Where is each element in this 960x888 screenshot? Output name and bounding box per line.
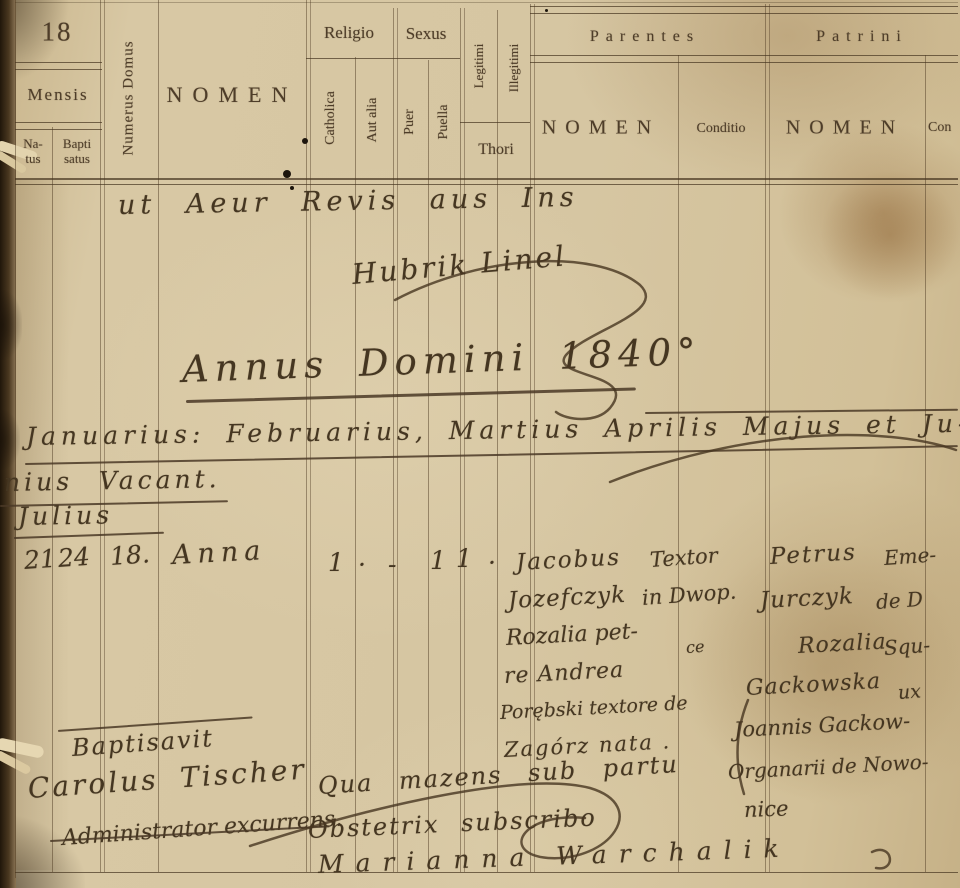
grid-vline [52,127,53,872]
column-header-legitimi: Legitimi [471,44,487,89]
entry-natus: 21 [23,544,57,575]
entry-parentes-nomen-line: Porębski textore de [499,692,688,724]
entry-parentes-nomen-line: Rozalia pet- [505,619,638,651]
grid-hline [530,6,958,7]
entry-parentes-nomen-line: Jozefczyk [507,582,626,614]
grid-hline [460,122,530,123]
entry-patrini-nomen-line: Petrus [769,539,857,570]
entry-numerus-domus: 18. [109,539,151,571]
column-header-puer: Puer [402,109,418,135]
entry-parentes-conditio-line: in Dwop. [641,579,737,610]
grid-hline [530,55,958,56]
ink-spot [302,138,308,144]
column-header-parentes-nomen: NOMEN [542,117,660,140]
column-header-numerus-domus: Numerus Domus [121,40,138,155]
grid-vline [428,60,429,872]
page-number: 18 [42,17,73,48]
entry-parentes-conditio-line: ce [685,637,705,657]
entry-nomen: Anna [171,535,267,571]
grid-hline [15,69,102,70]
entry-patrini-nomen-line: Jurczyk [759,583,854,614]
hw-baptisavit-line: Baptisavit [71,724,215,762]
column-header-patrini-nomen: NOMEN [786,117,904,140]
entry-mark-puer: - [388,550,396,579]
column-header-baptisatus: Bapti satus [63,137,91,167]
column-header-parentes: Parentes [590,28,700,46]
hw-underline [186,387,636,403]
grid-hline [530,13,958,14]
entry-patrini-conditio-line: de D [875,587,924,614]
column-header-patrini: Patrini [816,28,908,46]
hw-obstetrix-line: Obstetrix subscribo [307,803,597,844]
column-header-sexus: Sexus [406,24,447,44]
grid-hline [306,58,460,59]
baptismal-register-page: 18 Mensis Na- tus Bapti satus Numerus Do… [0,0,960,888]
entry-mark-legitimi: 1 [456,544,472,573]
entry-parentes-nomen-line: Jacobus [515,545,621,576]
column-header-aut-alia: Aut alia [365,98,381,143]
entry-patrini-nomen-line: Organarii de Nowo- [727,750,929,784]
entry-mark-aut-alia: · [358,550,366,579]
entry-patrini-conditio-line: Eme- [883,542,937,570]
grid-hline [530,62,958,63]
entry-mark-catholica: 1 [328,548,344,577]
hw-obstetrix-line: Qua mazens sub partu [317,750,679,800]
hw-top-note: ut Aeur Revis aus Ins [118,182,579,221]
entry-patrini-nomen-line: Joannis Gackow- [733,709,910,742]
entry-patrini-nomen-line: Rozalia [797,629,887,659]
grid-hline [15,122,102,123]
grid-hline [15,62,102,63]
hw-months-line3: Julius [18,500,114,531]
column-header-nomen: NOMEN [167,82,298,108]
column-header-mensis: Mensis [27,85,88,105]
entry-baptisatus: 24 [57,542,91,573]
column-header-parentes-conditio: Conditio [696,121,745,137]
hw-months-line2: nius Vacant. [4,464,221,497]
column-header-illegitimi: Illegitimi [506,44,522,92]
column-header-patrini-conditio: Con [928,120,951,136]
ink-spot [283,170,291,178]
grid-hline [15,178,958,180]
entry-patrini-nomen-line: nice [744,796,789,822]
column-header-catholica: Catholica [323,91,339,145]
paper-stain [820,170,960,300]
grid-vline [15,0,16,878]
grid-hline [15,2,958,3]
column-header-religio: Religio [324,23,374,43]
hw-year-title: Annus Domini 1840° [181,330,702,391]
hw-months-line: Januarius: Februarius, Martius Aprilis M… [26,409,960,451]
entry-parentes-conditio-line: Textor [649,543,718,572]
column-header-thori: Thori [478,141,514,159]
entry-parentes-nomen-line: re Andrea [503,658,624,689]
grid-hline [15,129,102,130]
hw-underline [14,532,164,539]
ink-spot [545,9,548,12]
column-header-natus: Na- tus [23,137,43,167]
entry-patrini-conditio-line: Squ- [883,633,931,660]
entry-patrini-conditio-line: ux [897,680,921,704]
column-header-puella: Puella [436,105,452,140]
hw-baptisavit-line: Carolus Tischer [27,753,308,805]
entry-mark-illegitimi: · [488,548,496,577]
entry-mark-puella: 1 [430,546,446,575]
